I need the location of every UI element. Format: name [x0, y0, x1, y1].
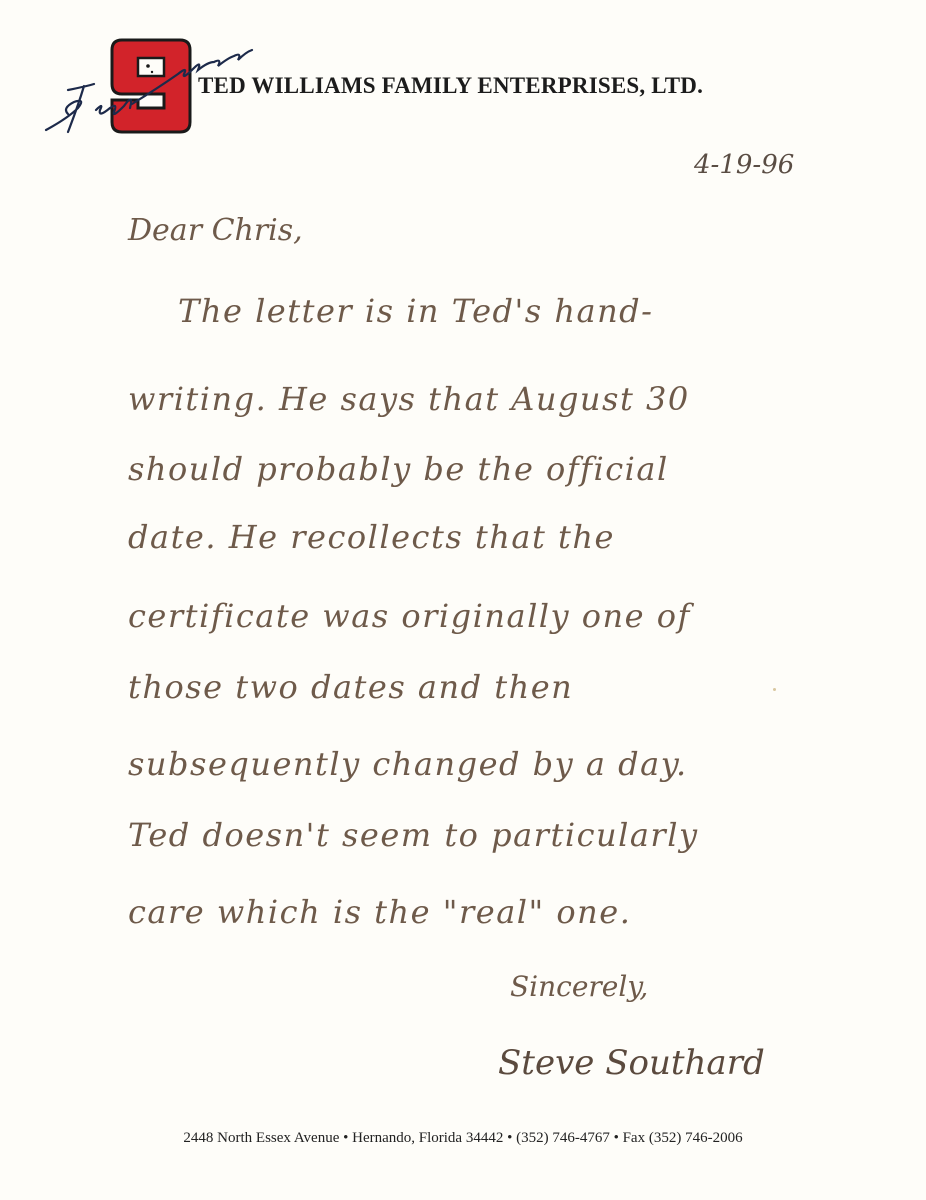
number-nine-logo-icon [108, 36, 194, 136]
salutation: Dear Chris, [128, 213, 303, 248]
body-line: The letter is in Ted's hand- [178, 292, 653, 330]
body-line: care which is the "real" one. [128, 893, 631, 931]
body-line: certificate was originally one of [128, 597, 691, 635]
body-line: writing. He says that August 30 [128, 380, 690, 418]
paper-speck [773, 688, 776, 691]
footer-address: 2448 North Essex Avenue • Hernando, Flor… [0, 1130, 926, 1147]
closing: Sincerely, [510, 970, 648, 1003]
company-name: TED WILLIAMS FAMILY ENTERPRISES, LTD. [198, 73, 703, 99]
body-line: should probably be the official [128, 450, 669, 488]
letter-date: 4-19-96 [694, 150, 794, 180]
body-line: Ted doesn't seem to particularly [128, 816, 699, 854]
body-line: date. He recollects that the [128, 518, 615, 556]
signature: Steve Southard [498, 1043, 765, 1083]
letter-page: TED WILLIAMS FAMILY ENTERPRISES, LTD. 4-… [0, 0, 926, 1200]
body-line: subsequently changed by a day. [128, 745, 688, 783]
body-line: those two dates and then [128, 668, 573, 706]
